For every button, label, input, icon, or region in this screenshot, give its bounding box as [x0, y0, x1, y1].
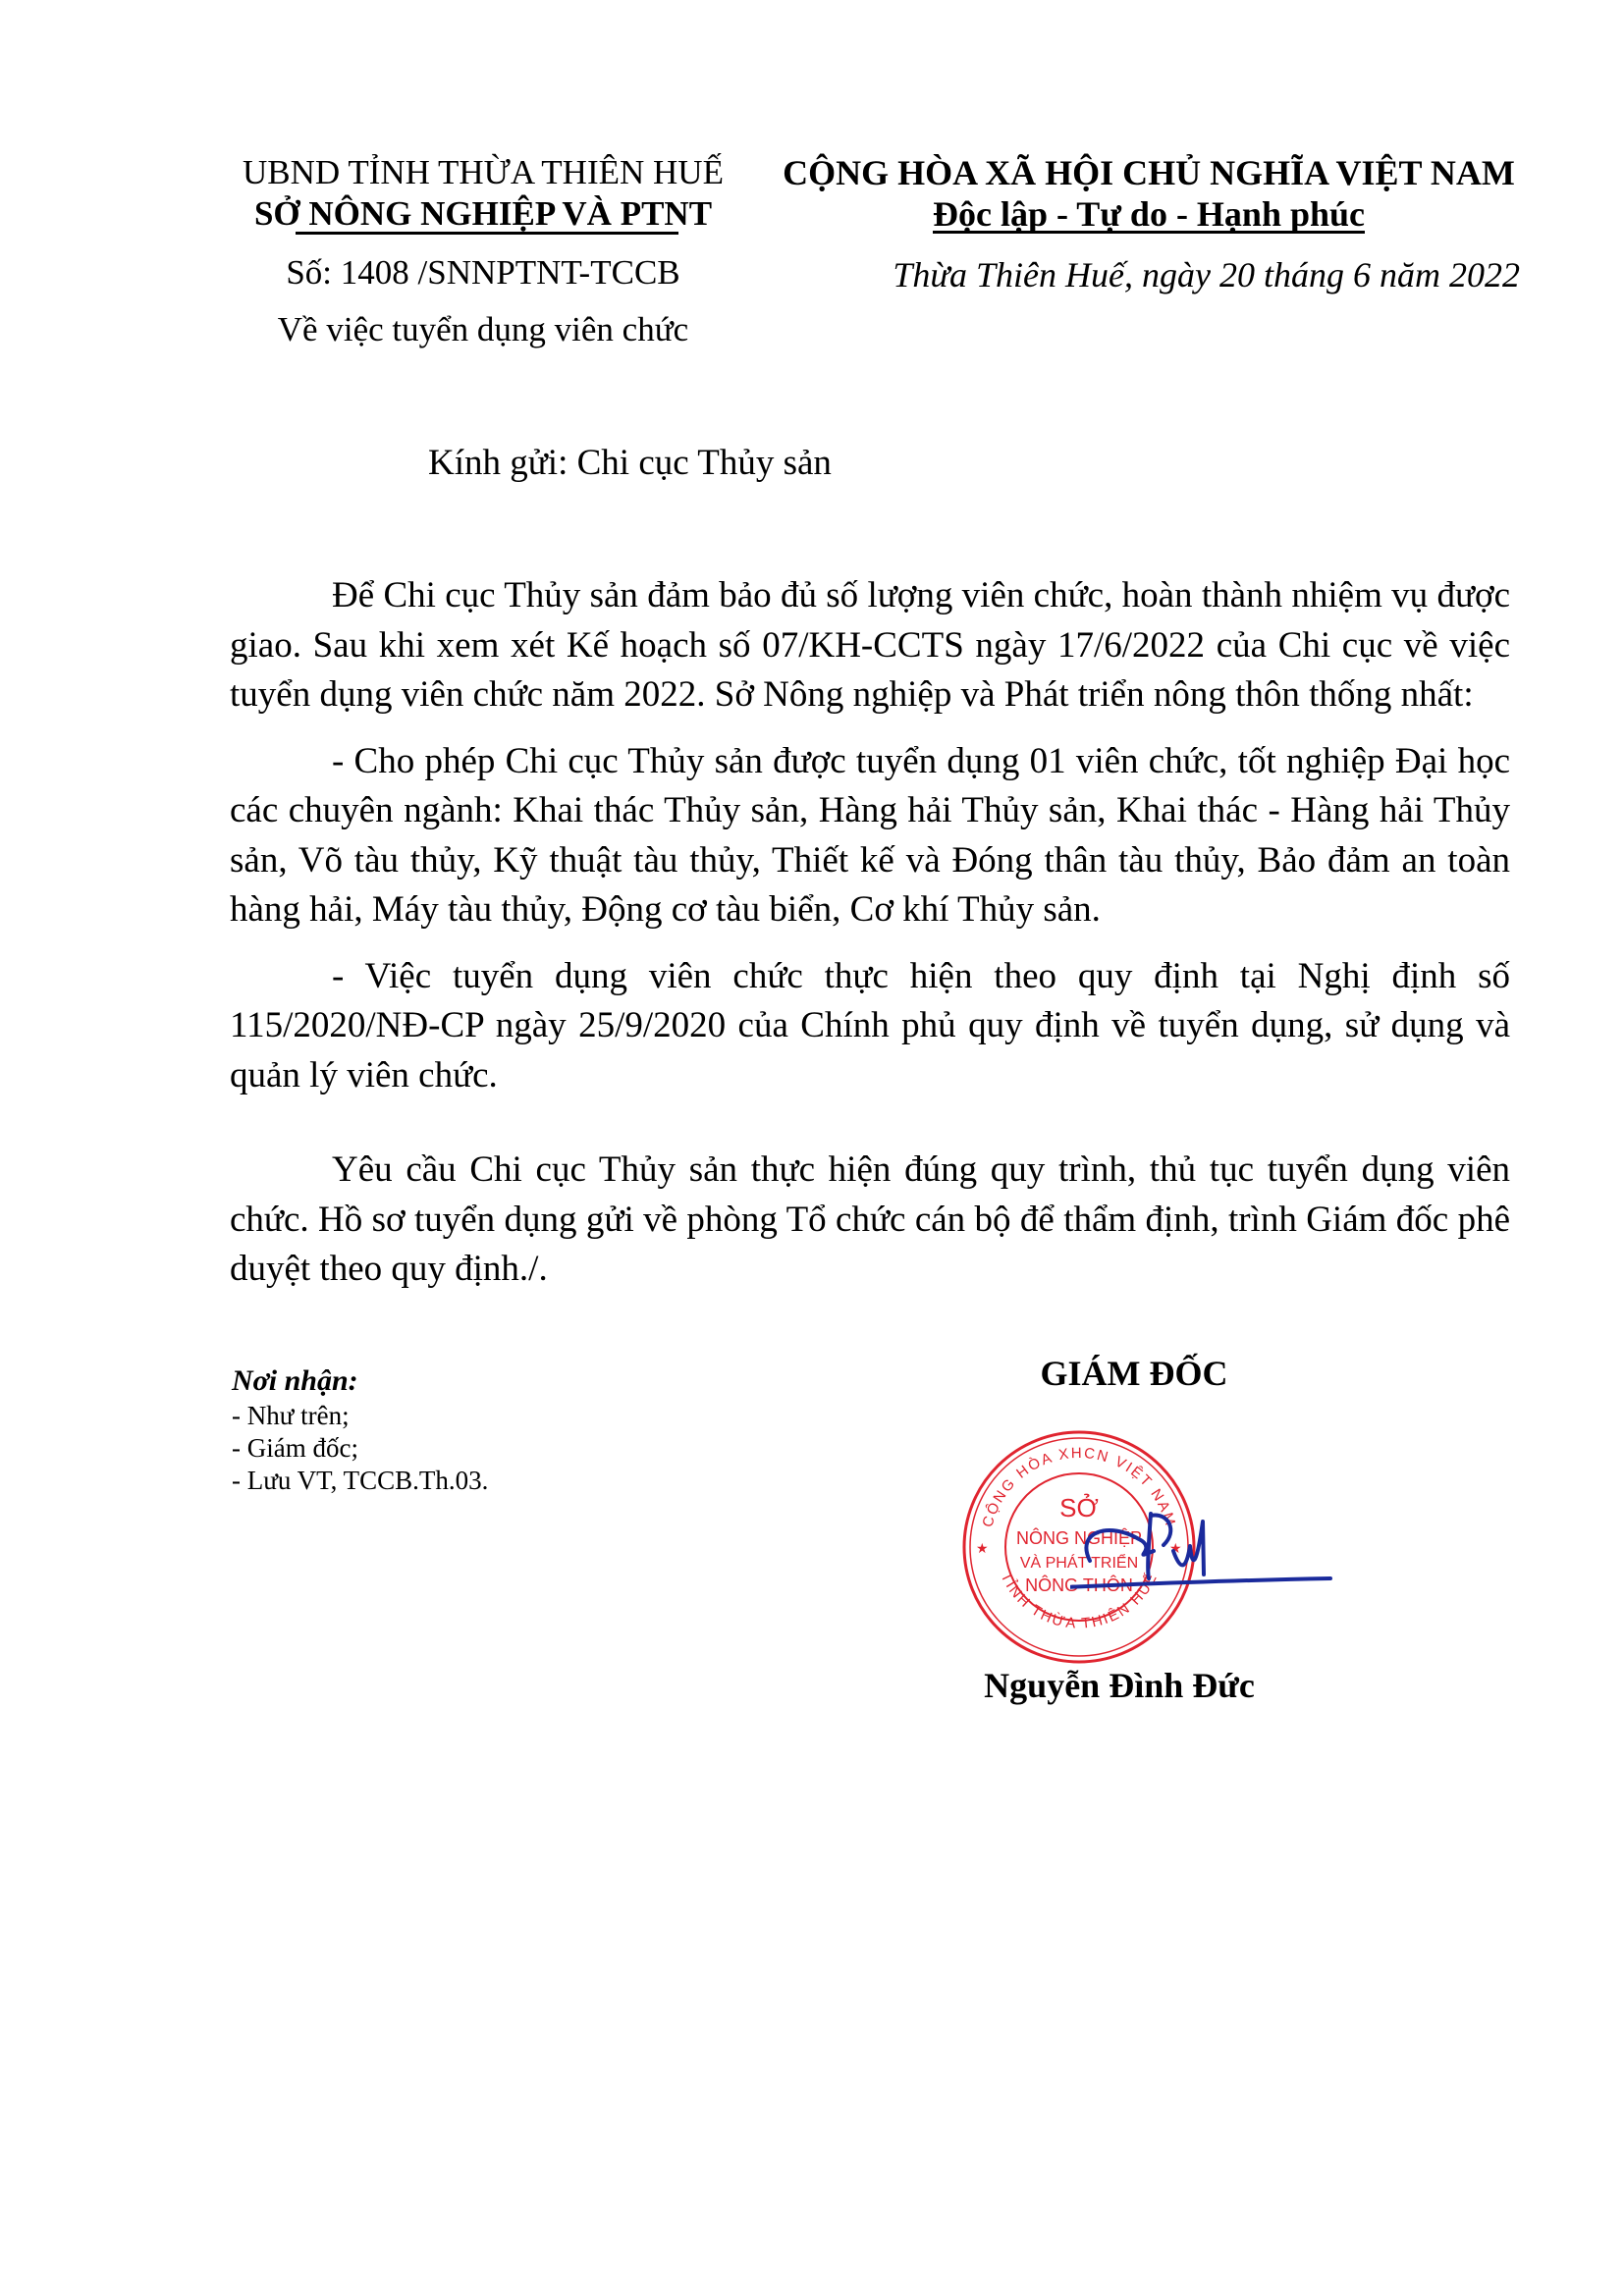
place-and-date: Thừa Thiên Huế, ngày 20 tháng 6 năm 2022 [766, 254, 1532, 295]
department-text: SỞ NÔNG NGHIỆP VÀ PTNT [254, 194, 712, 233]
authority-name: UBND TỈNH THỪA THIÊN HUẾ [218, 152, 748, 193]
body-paragraph: Yêu cầu Chi cục Thủy sản thực hiện đúng … [230, 1146, 1510, 1295]
department-name: SỞ NÔNG NGHIỆP VÀ PTNT [254, 193, 712, 235]
department-underline [296, 232, 678, 235]
recipient-item: - Như trên; [232, 1400, 488, 1432]
document-body: Để Chi cục Thủy sản đảm bảo đủ số lượng … [230, 571, 1510, 1295]
recipient-item: - Lưu VT, TCCB.Th.03. [232, 1465, 488, 1497]
motto-underline [933, 231, 1365, 234]
recipient-item: - Giám đốc; [232, 1432, 488, 1465]
nation-title: CỘNG HÒA XÃ HỘI CHỦ NGHĨA VIỆT NAM [766, 152, 1532, 193]
recipients-block: Nơi nhận: - Như trên; - Giám đốc; - Lưu … [232, 1362, 488, 1497]
document-number: Số: 1408 /SNNPTNT-TCCB [218, 252, 748, 294]
svg-text:★: ★ [976, 1540, 989, 1556]
body-paragraph: - Việc tuyển dụng viên chức thực hiện th… [230, 952, 1510, 1101]
motto-text: Độc lập - Tự do - Hạnh phúc [933, 194, 1365, 234]
body-paragraph: Để Chi cục Thủy sản đảm bảo đủ số lượng … [230, 571, 1510, 721]
national-motto: Độc lập - Tự do - Hạnh phúc [933, 193, 1365, 235]
signer-position: GIÁM ĐỐC [952, 1353, 1316, 1394]
recipients-title: Nơi nhận: [232, 1362, 488, 1400]
body-paragraph: - Cho phép Chi cục Thủy sản được tuyển d… [230, 737, 1510, 935]
national-heading-block: CỘNG HÒA XÃ HỘI CHỦ NGHĨA VIỆT NAM Độc l… [766, 152, 1532, 295]
document-subject: Về việc tuyển dụng viên chức [218, 309, 748, 350]
issuing-authority-block: UBND TỈNH THỪA THIÊN HUẾ SỞ NÔNG NGHIỆP … [218, 152, 748, 350]
salutation: Kính gửi: Chi cục Thủy sản [428, 442, 832, 484]
signer-name: Nguyễn Đình Đức [933, 1665, 1306, 1706]
handwritten-signature-icon [1070, 1502, 1335, 1600]
